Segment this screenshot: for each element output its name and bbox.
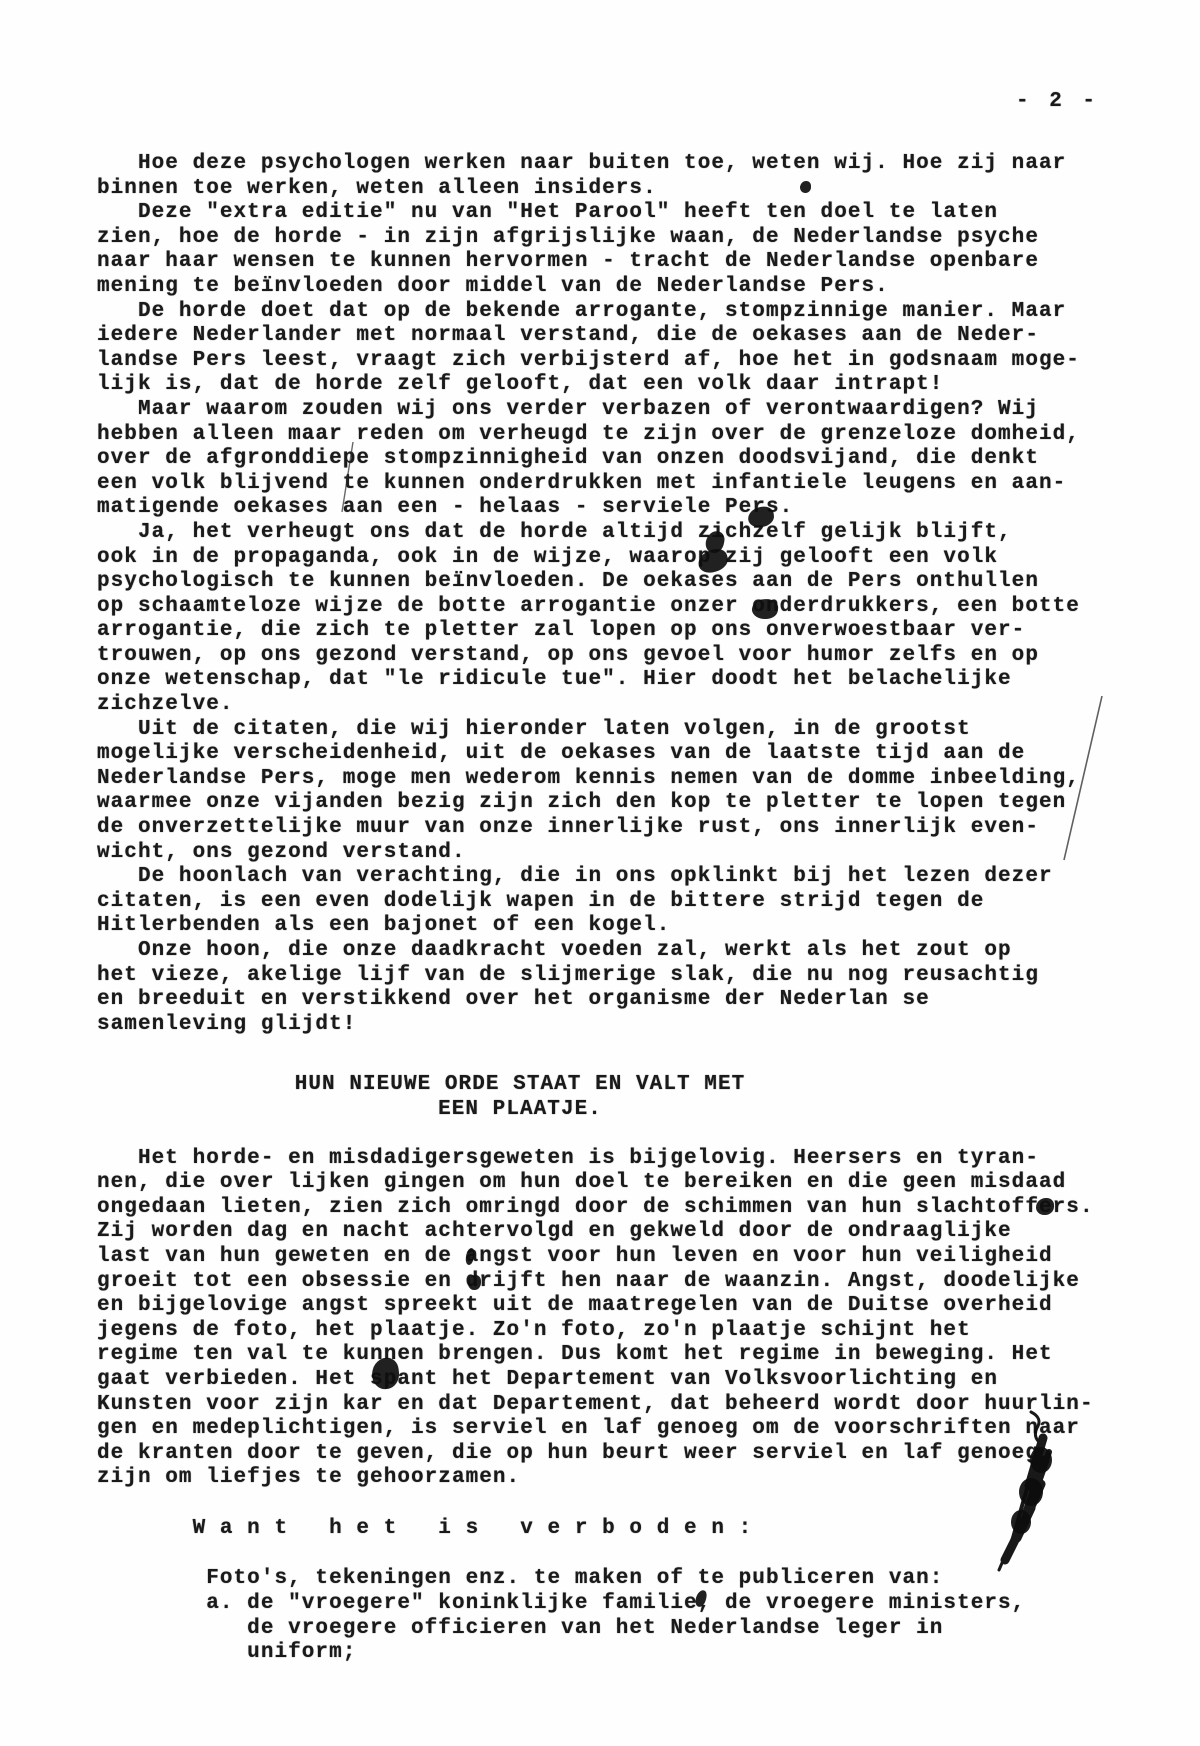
- text-line: regime ten val te kunnen brengen. Dus ko…: [97, 1343, 1109, 1368]
- text-line: op schaamteloze wijze de botte arroganti…: [97, 595, 1109, 620]
- spaced-emphasis-line: W a n t h e t i s v e r b o d e n :: [97, 1517, 1109, 1542]
- text-line: Hoe deze psychologen werken naar buiten …: [97, 152, 1109, 177]
- text-line: onze wetenschap, dat "le ridicule tue". …: [97, 668, 1109, 693]
- text-line: Kunsten voor zijn kar en dat Departement…: [97, 1393, 1109, 1418]
- paragraph-bijgelovig: Het horde- en misdadigersgeweten is bijg…: [97, 1147, 1109, 1491]
- paragraph-hoon-zout: Onze hoon, die onze daadkracht voeden za…: [97, 939, 1109, 1037]
- text-line: Uit de citaten, die wij hieronder laten …: [97, 718, 1109, 743]
- text-line: naar haar wensen te kunnen hervormen - t…: [97, 250, 1109, 275]
- text-line: trouwen, op ons gezond verstand, op ons …: [97, 644, 1109, 669]
- text-line: iedere Nederlander met normaal verstand,…: [97, 324, 1109, 349]
- text-line: waarmee onze vijanden bezig zijn zich de…: [97, 791, 1109, 816]
- text-line: Deze "extra editie" nu van "Het Parool" …: [97, 201, 1109, 226]
- text-line: mening te beïnvloeden door middel van de…: [97, 275, 1109, 300]
- paragraph-horde-manier: De horde doet dat op de bekende arrogant…: [97, 300, 1109, 398]
- section-heading: HUN NIEUWE ORDE STAAT EN VALT METEEN PLA…: [97, 1073, 943, 1122]
- text-line: arrogantie, die zich te pletter zal lope…: [97, 619, 1109, 644]
- text-line: zijn om liefjes te gehoorzamen.: [97, 1466, 1109, 1491]
- paragraph-verbazen: Maar waarom zouden wij ons verder verbaz…: [97, 398, 1109, 521]
- text-line: landse Pers leest, vraagt zich verbijste…: [97, 349, 1109, 374]
- text-line: ongedaan lieten, zien zich omringd door …: [97, 1196, 1109, 1221]
- text-line: de onverzettelijke muur van onze innerli…: [97, 816, 1109, 841]
- text-line: Hitlerbenden als een bajonet of een koge…: [97, 914, 1109, 939]
- text-line: a. de "vroegere" koninklijke familie, de…: [97, 1592, 1109, 1617]
- text-line: de kranten door te geven, die op hun beu…: [97, 1442, 1109, 1467]
- text-line: last van hun geweten en de angst voor hu…: [97, 1245, 1109, 1270]
- text-line: matigende oekases aan een - helaas - ser…: [97, 496, 1109, 521]
- ink-blot: [800, 181, 811, 193]
- ink-blot: [468, 1275, 481, 1290]
- document-body: Hoe deze psychologen werken naar buiten …: [97, 152, 1109, 1666]
- paragraph-extra-editie: Deze "extra editie" nu van "Het Parool" …: [97, 201, 1109, 299]
- text-line: Onze hoon, die onze daadkracht voeden za…: [97, 939, 1109, 964]
- paragraph-psychologen: Hoe deze psychologen werken naar buiten …: [97, 152, 1109, 201]
- text-line: HUN NIEUWE ORDE STAAT EN VALT MET: [97, 1073, 943, 1098]
- prohibition-list: Foto's, tekeningen enz. te maken of te p…: [97, 1567, 1109, 1665]
- text-line: EEN PLAATJE.: [97, 1098, 943, 1123]
- text-line: ook in de propaganda, ook in de wijze, w…: [97, 546, 1109, 571]
- text-line: Het horde- en misdadigersgeweten is bijg…: [97, 1147, 1109, 1172]
- text-line: mogelijke verscheidenheid, uit de oekase…: [97, 742, 1109, 767]
- text-line: groeit tot een obsessie en drijft hen na…: [97, 1270, 1109, 1295]
- text-line: en bijgelovige angst spreekt uit de maat…: [97, 1294, 1109, 1319]
- text-line: zichzelve.: [97, 693, 1109, 718]
- text-line: gen en medeplichtigen, is serviel en laf…: [97, 1417, 1109, 1442]
- text-line: lijk is, dat de horde zelf gelooft, dat …: [97, 373, 1109, 398]
- paragraph-propaganda: Ja, het verheugt ons dat de horde altijd…: [97, 521, 1109, 718]
- text-line: Maar waarom zouden wij ons verder verbaz…: [97, 398, 1109, 423]
- page-number: - 2 -: [1016, 90, 1099, 113]
- text-line: citaten, is een even dodelijk wapen in d…: [97, 890, 1109, 915]
- text-line: jegens de foto, het plaatje. Zo'n foto, …: [97, 1319, 1109, 1344]
- text-line: wicht, ons gezond verstand.: [97, 841, 1109, 866]
- text-line: Ja, het verheugt ons dat de horde altijd…: [97, 521, 1109, 546]
- text-line: Foto's, tekeningen enz. te maken of te p…: [97, 1567, 1109, 1592]
- text-line: uniform;: [97, 1641, 1109, 1666]
- paragraph-citaten: Uit de citaten, die wij hieronder laten …: [97, 718, 1109, 866]
- text-line: over de afgronddiepe stompzinnigheid van…: [97, 447, 1109, 472]
- text-line: zien, hoe de horde - in zijn afgrijslijk…: [97, 226, 1109, 251]
- text-line: psychologisch te kunnen beïnvloeden. De …: [97, 570, 1109, 595]
- text-line: De hoonlach van verachting, die in ons o…: [97, 865, 1109, 890]
- text-line: Zij worden dag en nacht achtervolgd en g…: [97, 1220, 1109, 1245]
- text-line: gaat verbieden. Het spant het Departemen…: [97, 1368, 1109, 1393]
- text-line: hebben alleen maar reden om verheugd te …: [97, 423, 1109, 448]
- scanned-document-page: - 2 - Hoe deze psychologen werken naar b…: [0, 0, 1200, 1746]
- text-line: en breeduit en verstikkend over het orga…: [97, 988, 1109, 1013]
- text-line: het vieze, akelige lijf van de slijmerig…: [97, 964, 1109, 989]
- text-line: de vroegere officieren van het Nederland…: [97, 1617, 1109, 1642]
- text-line: Nederlandse Pers, moge men wederom kenni…: [97, 767, 1109, 792]
- ink-blot: [1036, 1198, 1054, 1215]
- text-line: samenleving glijdt!: [97, 1013, 1109, 1038]
- text-line: een volk blijvend te kunnen onderdrukken…: [97, 472, 1109, 497]
- paragraph-hoonlach: De hoonlach van verachting, die in ons o…: [97, 865, 1109, 939]
- text-line: De horde doet dat op de bekende arrogant…: [97, 300, 1109, 325]
- text-line: binnen toe werken, weten alleen insiders…: [97, 177, 1109, 202]
- text-line: nen, die over lijken gingen om hun doel …: [97, 1171, 1109, 1196]
